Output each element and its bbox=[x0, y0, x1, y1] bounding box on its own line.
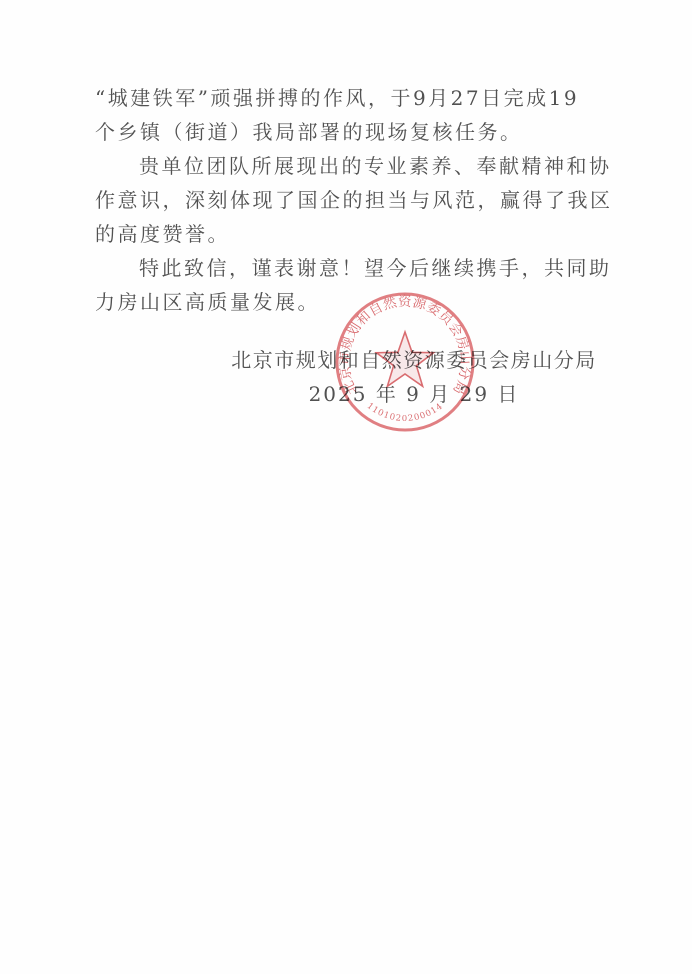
body-line: 的高度赞誉。 bbox=[95, 217, 603, 251]
body-line: 贵单位团队所展现出的专业素养、奉献精神和协 bbox=[95, 149, 603, 183]
body-line: “城建铁军”顽强拼搏的作风，于9月27日完成19 bbox=[95, 81, 603, 115]
body-line: 个乡镇（街道）我局部署的现场复核任务。 bbox=[95, 115, 603, 149]
seal-star-icon bbox=[376, 332, 433, 386]
letter-page: “城建铁军”顽强拼搏的作风，于9月27日完成19 个乡镇（街道）我局部署的现场复… bbox=[0, 0, 692, 974]
body-line: 作意识，深刻体现了国企的担当与风范，赢得了我区 bbox=[95, 183, 603, 217]
svg-text:1101020200014: 1101020200014 bbox=[365, 401, 446, 424]
official-seal: 北京市规划和自然资源委员会房山分局 1101020200014 bbox=[320, 277, 490, 447]
seal-code-arc: 1101020200014 bbox=[365, 401, 446, 424]
